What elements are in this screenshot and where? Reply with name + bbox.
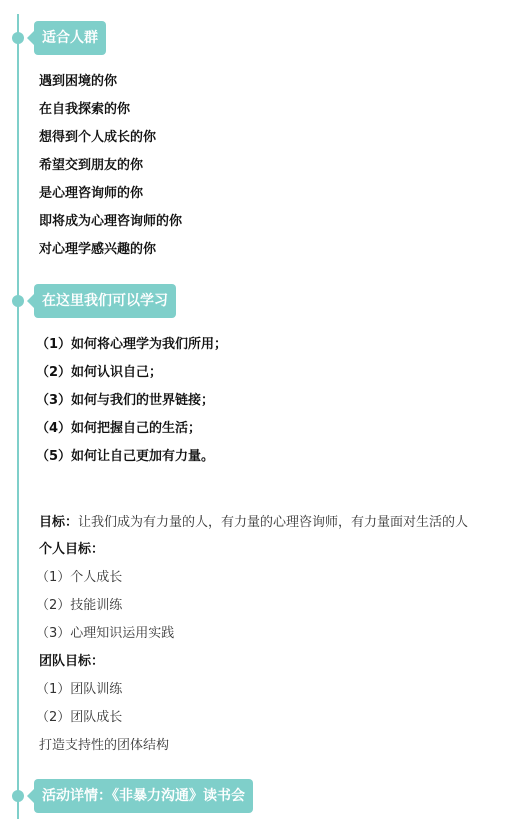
personal-goal-label: 个人目标：: [39, 541, 104, 559]
section-tag-audience: 适合人群: [34, 21, 106, 55]
personal-goal-item: （2）技能训练: [36, 597, 122, 615]
timeline-node-icon: [12, 295, 24, 307]
audience-item: 对心理学感兴趣的你: [39, 241, 156, 259]
audience-item: 在自我探索的你: [39, 101, 130, 119]
audience-item: 遇到困境的你: [39, 73, 117, 91]
team-goal-label: 团队目标：: [39, 653, 104, 671]
personal-goal-item: （1）个人成长: [36, 569, 122, 587]
section-tag-learn: 在这里我们可以学习: [34, 284, 176, 318]
personal-goal-item: （3）心理知识运用实践: [36, 625, 174, 643]
team-goal-item: （2）团队成长: [36, 709, 122, 727]
audience-item: 想得到个人成长的你: [39, 129, 156, 147]
learn-item: （5）如何让自己更加有力量。: [36, 448, 214, 466]
team-goal-item: （1）团队训练: [36, 681, 122, 699]
goal-line: 目标：让我们成为有力量的人，有力量的心理咨询师，有力量面对生活的人: [39, 514, 468, 532]
goal-text: 让我们成为有力量的人，有力量的心理咨询师，有力量面对生活的人: [78, 515, 468, 530]
learn-item: （2）如何认识自己；: [36, 364, 162, 382]
audience-item: 希望交到朋友的你: [39, 157, 143, 175]
section-tag-activity: 活动详情：《非暴力沟通》读书会: [34, 779, 253, 813]
timeline-node-icon: [12, 32, 24, 44]
learn-item: （1）如何将心理学为我们所用；: [36, 336, 227, 354]
goal-label: 目标：: [39, 515, 78, 530]
structure-text: 打造支持性的团体结构: [39, 737, 169, 755]
audience-item: 即将成为心理咨询师的你: [39, 213, 182, 231]
learn-item: （3）如何与我们的世界链接；: [36, 392, 214, 410]
audience-item: 是心理咨询师的你: [39, 185, 143, 203]
timeline-line: [17, 14, 19, 819]
timeline-node-icon: [12, 790, 24, 802]
learn-item: （4）如何把握自己的生活；: [36, 420, 201, 438]
